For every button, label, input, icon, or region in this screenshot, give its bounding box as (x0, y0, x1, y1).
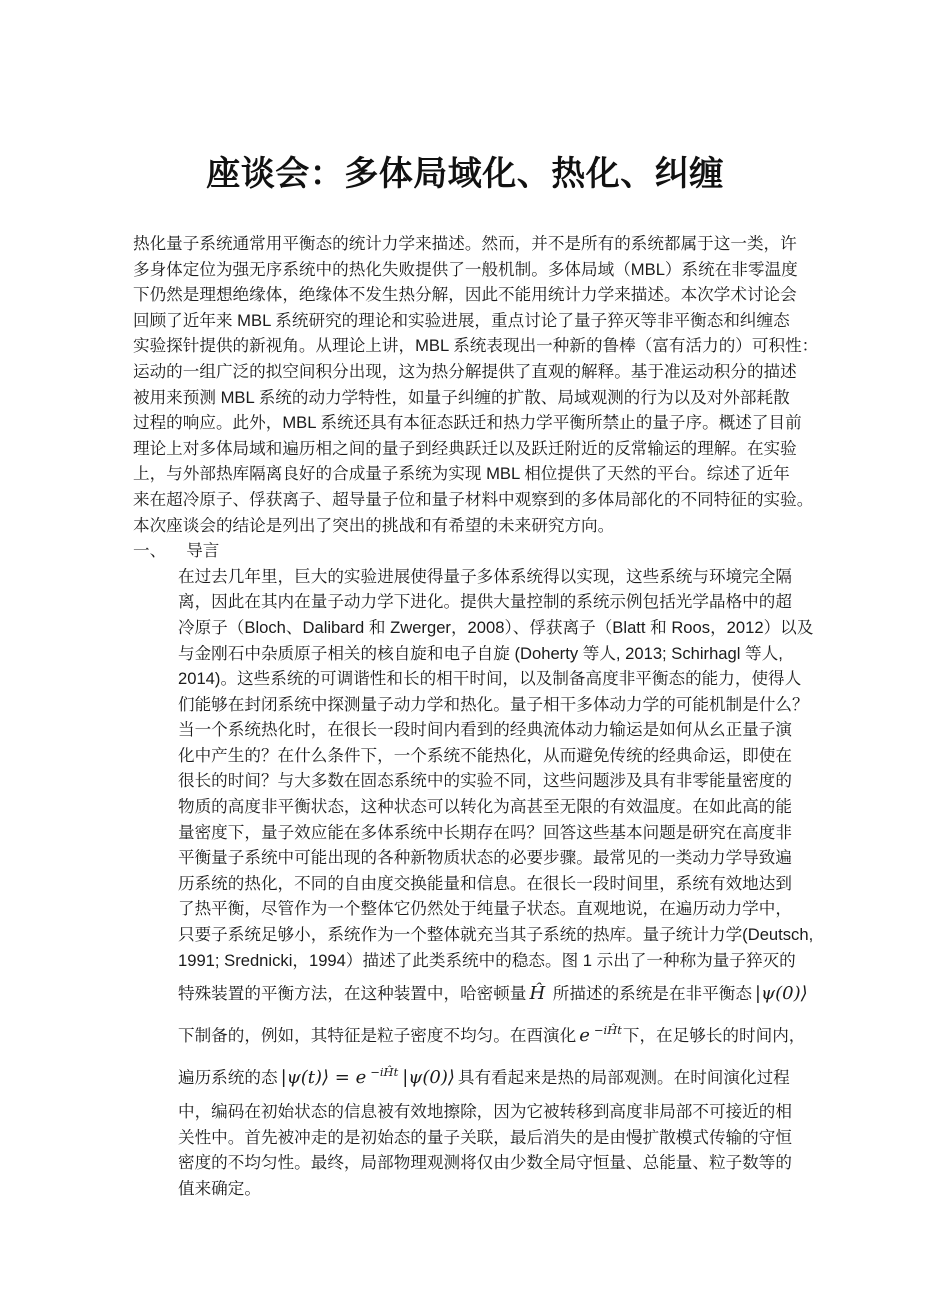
text-run: 实验探针提供的新视角。从理论上讲，MBL 系统表现出一种新的鲁棒（富有活力的）可… (133, 336, 818, 355)
text-run: 关性中。首先被冲走的是初始态的量子关联，最后消失的是由慢扩散模式传输的守恒 (178, 1128, 792, 1147)
text-run: 平衡量子系统中可能出现的各种新物质状态的必要步骤。最常见的一类动力学导致遍 (178, 848, 792, 867)
text-line: 2014)。这些系统的可调谐性和长的相干时间，以及制备高度非平衡态的能力，使得人 (178, 666, 797, 692)
text-line: 实验探针提供的新视角。从理论上讲，MBL 系统表现出一种新的鲁棒（富有活力的）可… (133, 333, 797, 359)
section-heading-introduction: 一、 导言 (133, 538, 797, 564)
inline-math: |ψ(t)⟩ = e (278, 1067, 370, 1088)
text-line: 量密度下，量子效应能在多体系统中长期存在吗？回答这些基本问题是研究在高度非 (178, 820, 797, 846)
page-title: 座谈会：多体局域化、热化、纠缠 (133, 146, 797, 195)
text-run: 量密度下，量子效应能在多体系统中长期存在吗？回答这些基本问题是研究在高度非 (178, 823, 792, 842)
text-line: 值来确定。 (178, 1176, 797, 1202)
text-line: 平衡量子系统中可能出现的各种新物质状态的必要步骤。最常见的一类动力学导致遍 (178, 845, 797, 871)
text-run: 具有看起来是热的局部观测。在时间演化过程 (458, 1068, 790, 1087)
text-line: 冷原子（Bloch、Dalibard 和 Zwerger，2008）、俘获离子（… (178, 615, 797, 641)
text-line: 了热平衡，尽管作为一个整体它仍然处于纯量子状态。直观地说，在遍历动力学中， (178, 896, 797, 922)
text-run: 运动的一组广泛的拟空间积分出现，这为热分解提供了直观的解释。基于准运动积分的描述 (133, 362, 797, 381)
text-run: 下制备的，例如，其特征是粒子密度不均匀。在酉演化 (178, 1026, 576, 1045)
text-run: 离，因此在其内在量子动力学下进化。提供大量控制的系统示例包括光学晶格中的超 (178, 592, 792, 611)
text-run: 只要子系统足够小，系统作为一个整体就充当其子系统的热库。量子统计力学(Deuts… (178, 925, 813, 944)
inline-math: |ψ(0)⟩ (752, 983, 811, 1004)
text-line: 过程的响应。此外，MBL 系统还具有本征态跃迁和热力学平衡所禁止的量子序。概述了… (133, 410, 797, 436)
abstract-paragraph: 热化量子系统通常用平衡态的统计力学来描述。然而，并不是所有的系统都属于这一类，许… (133, 231, 797, 538)
text-line: 1991; Srednicki，1994）描述了此类系统中的稳态。图 1 示出了… (178, 948, 797, 974)
text-line: 下制备的，例如，其特征是粒子密度不均匀。在酉演化e−iĤt下，在足够长的时间内， (178, 1015, 797, 1057)
text-line: 来在超冷原子、俘获离子、超导量子位和量子材料中观察到的多体局部化的不同特征的实验… (133, 487, 797, 513)
text-run: 们能够在封闭系统中探测量子动力学和热化。量子相干多体动力学的可能机制是什么？ (178, 695, 809, 714)
page-content: 座谈会：多体局域化、热化、纠缠 热化量子系统通常用平衡态的统计力学来描述。然而，… (133, 146, 797, 1202)
text-line: 特殊装置的平衡方法，在这种装置中，哈密顿量Ĥ 所描述的系统是在非平衡态|ψ(0)… (178, 973, 797, 1015)
text-run: 热化量子系统通常用平衡态的统计力学来描述。然而，并不是所有的系统都属于这一类，许 (133, 234, 797, 253)
text-run: 2014)。这些系统的可调谐性和长的相干时间，以及制备高度非平衡态的能力，使得人 (178, 669, 801, 688)
text-run: 所描述的系统是在非平衡态 (548, 984, 752, 1003)
introduction-paragraph: 在过去几年里，巨大的实验进展使得量子多体系统得以实现，这些系统与环境完全隔离，因… (178, 564, 797, 1202)
section-title: 导言 (186, 538, 219, 564)
text-run: 当一个系统热化时，在很长一段时间内看到的经典流体动力输运是如何从幺正量子演 (178, 720, 792, 739)
text-line: 历系统的热化，不同的自由度交换能量和信息。在很长一段时间里，系统有效地达到 (178, 871, 797, 897)
text-line: 回顾了近年来 MBL 系统研究的理论和实验进展，重点讨论了量子猝灭等非平衡态和纠… (133, 308, 797, 334)
text-run: 过程的响应。此外，MBL 系统还具有本征态跃迁和热力学平衡所禁止的量子序。概述了… (133, 413, 802, 432)
text-line: 在过去几年里，巨大的实验进展使得量子多体系统得以实现，这些系统与环境完全隔 (178, 564, 797, 590)
text-run: 下仍然是理想绝缘体，绝缘体不发生热分解，因此不能用统计力学来描述。本次学术讨论会 (133, 285, 797, 304)
text-run: 1991; Srednicki，1994）描述了此类系统中的稳态。图 1 示出了… (178, 951, 796, 970)
text-line: 下仍然是理想绝缘体，绝缘体不发生热分解，因此不能用统计力学来描述。本次学术讨论会 (133, 282, 797, 308)
inline-math: Ĥ (526, 983, 548, 1004)
text-run: 密度的不均匀性。最终，局部物理观测将仅由少数全局守恒量、总能量、粒子数等的 (178, 1153, 792, 1172)
text-line: 关性中。首先被冲走的是初始态的量子关联，最后消失的是由慢扩散模式传输的守恒 (178, 1125, 797, 1151)
text-run: 了热平衡，尽管作为一个整体它仍然处于纯量子状态。直观地说，在遍历动力学中， (178, 899, 792, 918)
inline-math: |ψ(0)⟩ (399, 1067, 458, 1088)
text-run: 在过去几年里，巨大的实验进展使得量子多体系统得以实现，这些系统与环境完全隔 (178, 567, 792, 586)
text-run: 冷原子（Bloch、Dalibard 和 Zwerger，2008）、俘获离子（… (178, 618, 813, 637)
text-line: 热化量子系统通常用平衡态的统计力学来描述。然而，并不是所有的系统都属于这一类，许 (133, 231, 797, 257)
text-run: 历系统的热化，不同的自由度交换能量和信息。在很长一段时间里，系统有效地达到 (178, 874, 792, 893)
text-line: 上，与外部热库隔离良好的合成量子系统为实现 MBL 相位提供了天然的平台。综述了… (133, 461, 797, 487)
text-run: 理论上对多体局域和遍历相之间的量子到经典跃迁以及跃迁附近的反常输运的理解。在实验 (133, 439, 797, 458)
text-line: 只要子系统足够小，系统作为一个整体就充当其子系统的热库。量子统计力学(Deuts… (178, 922, 797, 948)
text-run: 与金刚石中杂质原子相关的核自旋和电子自旋 (Doherty 等人, 2013; … (178, 644, 783, 663)
text-run: 化中产生的？在什么条件下，一个系统不能热化，从而避免传统的经典命运，即使在 (178, 746, 792, 765)
text-line: 中，编码在初始状态的信息被有效地擦除，因为它被转移到高度非局部不可接近的相 (178, 1099, 797, 1125)
text-line: 本次座谈会的结论是列出了突出的挑战和有希望的未来研究方向。 (133, 513, 797, 539)
text-line: 很长的时间？与大多数在固态系统中的实验不同，这些问题涉及具有非零能量密度的 (178, 768, 797, 794)
inline-math: e (576, 1025, 593, 1046)
text-run: 物质的高度非平衡状态，这种状态可以转化为高甚至无限的有效温度。在如此高的能 (178, 797, 792, 816)
text-run: 被用来预测 MBL 系统的动力学特性，如量子纠缠的扩散、局域观测的行为以及对外部… (133, 388, 790, 407)
text-line: 运动的一组广泛的拟空间积分出现，这为热分解提供了直观的解释。基于准运动积分的描述 (133, 359, 797, 385)
text-line: 们能够在封闭系统中探测量子动力学和热化。量子相干多体动力学的可能机制是什么？ (178, 692, 797, 718)
text-line: 物质的高度非平衡状态，这种状态可以转化为高甚至无限的有效温度。在如此高的能 (178, 794, 797, 820)
inline-math-superscript: −iĤt (593, 1023, 623, 1037)
inline-math-superscript: −iĤt (369, 1065, 399, 1079)
text-line: 离，因此在其内在量子动力学下进化。提供大量控制的系统示例包括光学晶格中的超 (178, 589, 797, 615)
text-line: 被用来预测 MBL 系统的动力学特性，如量子纠缠的扩散、局域观测的行为以及对外部… (133, 385, 797, 411)
text-run: 很长的时间？与大多数在固态系统中的实验不同，这些问题涉及具有非零能量密度的 (178, 771, 792, 790)
text-run: 中，编码在初始状态的信息被有效地擦除，因为它被转移到高度非局部不可接近的相 (178, 1102, 792, 1121)
text-line: 理论上对多体局域和遍历相之间的量子到经典跃迁以及跃迁附近的反常输运的理解。在实验 (133, 436, 797, 462)
text-line: 遍历系统的态|ψ(t)⟩ = e−iĤt|ψ(0)⟩具有看起来是热的局部观测。在… (178, 1057, 797, 1099)
text-line: 密度的不均匀性。最终，局部物理观测将仅由少数全局守恒量、总能量、粒子数等的 (178, 1150, 797, 1176)
text-line: 多身体定位为强无序系统中的热化失败提供了一般机制。多体局域（MBL）系统在非零温… (133, 257, 797, 283)
text-run: 来在超冷原子、俘获离子、超导量子位和量子材料中观察到的多体局部化的不同特征的实验… (133, 490, 813, 509)
section-number: 一、 (133, 538, 166, 564)
document-page: 座谈会：多体局域化、热化、纠缠 热化量子系统通常用平衡态的统计力学来描述。然而，… (0, 0, 926, 1309)
text-run: 特殊装置的平衡方法，在这种装置中，哈密顿量 (178, 984, 526, 1003)
text-run: 回顾了近年来 MBL 系统研究的理论和实验进展，重点讨论了量子猝灭等非平衡态和纠… (133, 311, 790, 330)
text-run: 上，与外部热库隔离良好的合成量子系统为实现 MBL 相位提供了天然的平台。综述了… (133, 464, 790, 483)
text-run: 多身体定位为强无序系统中的热化失败提供了一般机制。多体局域（MBL）系统在非零温… (133, 260, 798, 279)
text-line: 当一个系统热化时，在很长一段时间内看到的经典流体动力输运是如何从幺正量子演 (178, 717, 797, 743)
text-run: 下，在足够长的时间内， (623, 1026, 806, 1045)
text-run: 遍历系统的态 (178, 1068, 278, 1087)
text-line: 化中产生的？在什么条件下，一个系统不能热化，从而避免传统的经典命运，即使在 (178, 743, 797, 769)
text-run: 本次座谈会的结论是列出了突出的挑战和有希望的未来研究方向。 (133, 516, 614, 535)
text-run: 值来确定。 (178, 1179, 261, 1198)
text-line: 与金刚石中杂质原子相关的核自旋和电子自旋 (Doherty 等人, 2013; … (178, 641, 797, 667)
